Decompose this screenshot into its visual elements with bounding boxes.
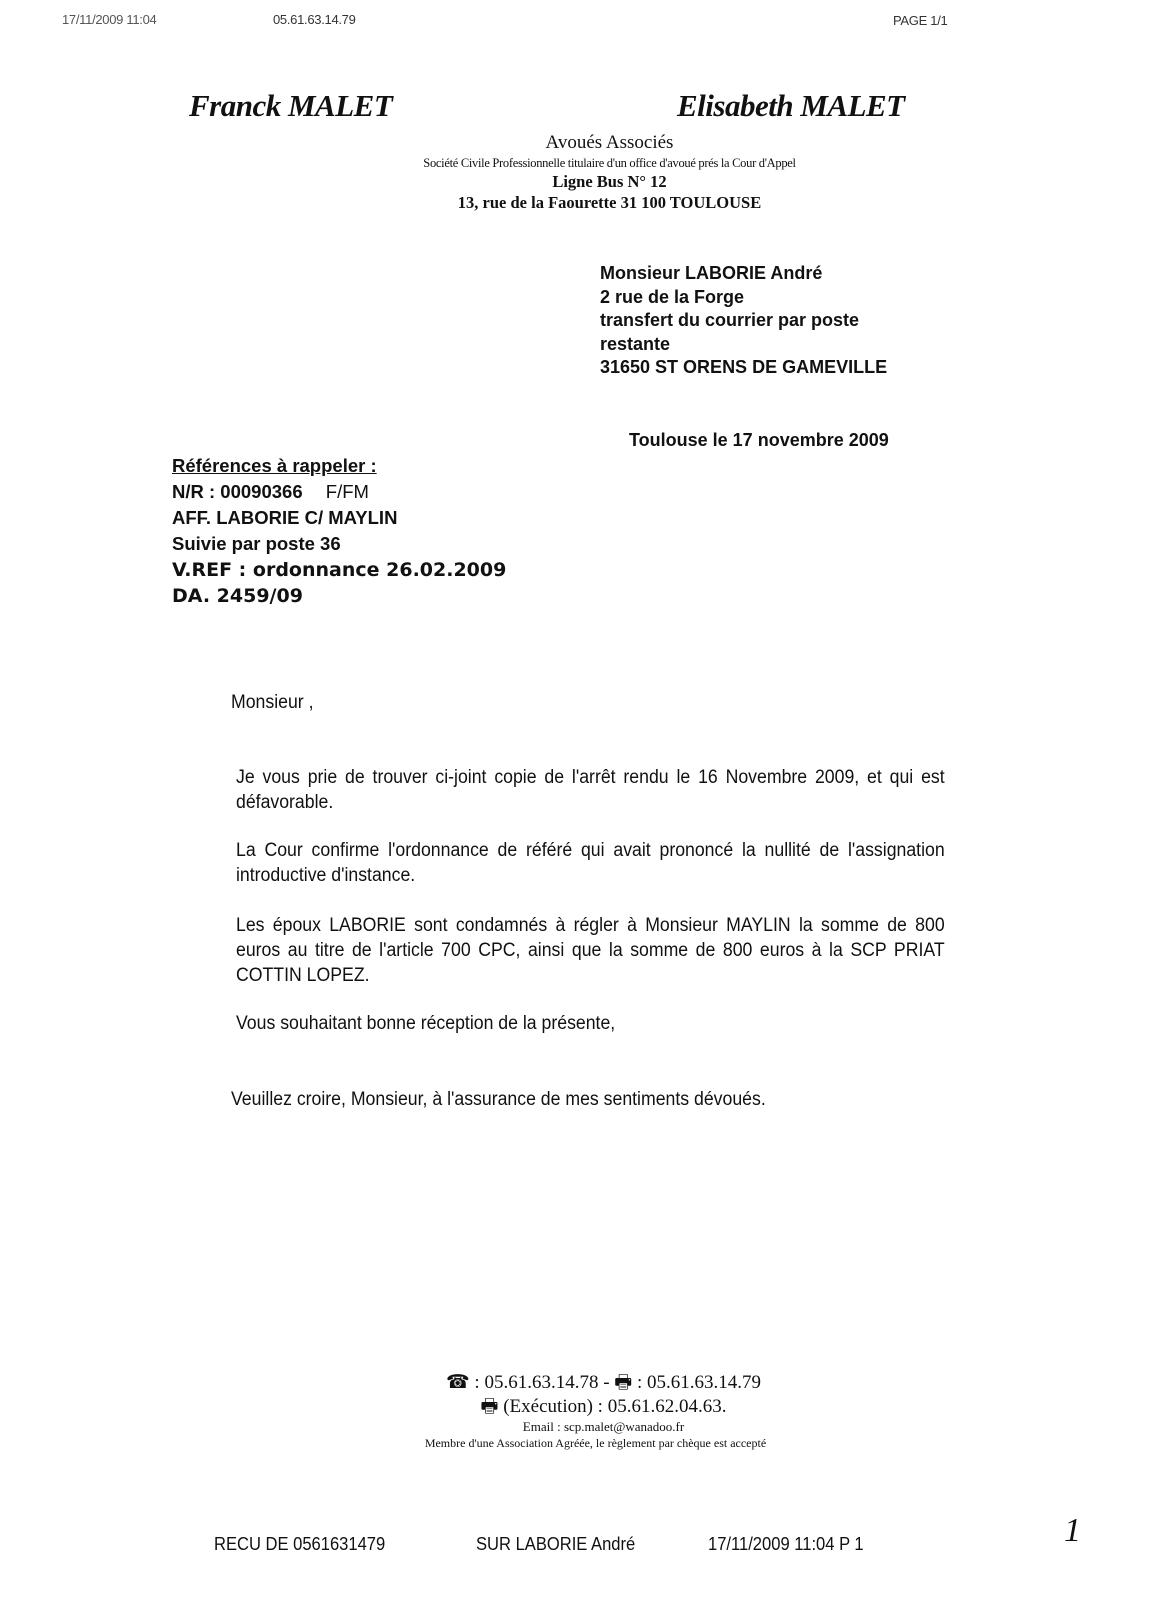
references-our-ref: N/R : 00090366 F/FM <box>172 479 506 505</box>
fax-number: : 05.61.63.14.79 <box>637 1372 761 1393</box>
letterhead-bus-line: Ligne Bus N° 12 <box>0 172 1167 192</box>
references-your-ref: V.REF : ordonnance 26.02.2009 <box>172 557 506 583</box>
our-ref-suffix: F/FM <box>326 481 369 502</box>
fax-receipt-datetime: 17/11/2009 11:04 P 1 <box>708 1534 864 1555</box>
fax-header-page: PAGE 1/1 <box>893 13 947 28</box>
phone-number: : 05.61.63.14.78 - <box>474 1372 609 1393</box>
letterhead-name-left: Franck MALET <box>189 88 392 124</box>
our-ref-number: N/R : 00090366 <box>172 481 303 502</box>
paragraph-1: Je vous prie de trouver ci-joint copie d… <box>236 765 945 815</box>
execution-fax-number: (Exécution) : 05.61.62.04.63. <box>503 1396 726 1417</box>
letterhead-name-right: Elisabeth MALET <box>677 88 905 124</box>
references-heading: Références à rappeler : <box>172 453 506 479</box>
recipient-city: 31650 ST ORENS DE GAMEVILLE <box>600 356 887 380</box>
salutation: Monsieur , <box>231 690 313 715</box>
fax-receipt-on: SUR LABORIE André <box>476 1534 635 1555</box>
letterhead-address: 13, rue de la Faourette 31 100 TOULOUSE <box>0 193 1167 213</box>
letterhead-title: Avoués Associés <box>0 132 1167 154</box>
telephone-icon: ☎ <box>446 1372 470 1393</box>
recipient-name: Monsieur LABORIE André <box>600 262 887 286</box>
references-da: DA. 2459/09 <box>172 583 506 609</box>
recipient-forwarding: transfert du courrier par poste <box>600 309 887 333</box>
handwritten-page-number: 1 <box>1064 1512 1081 1550</box>
fax-receipt-from: RECU DE 0561631479 <box>214 1534 385 1555</box>
references-suivie: Suivie par poste 36 <box>172 531 506 557</box>
paragraph-4: Vous souhaitant bonne réception de la pr… <box>236 1011 945 1036</box>
fax-header-datetime: 17/11/2009 11:04 <box>62 12 156 27</box>
letterhead-subtitle: Société Civile Professionnelle titulaire… <box>0 156 1167 171</box>
recipient-forwarding-cont: restante <box>600 333 887 357</box>
recipient-address: Monsieur LABORIE André 2 rue de la Forge… <box>600 262 887 380</box>
contact-email: Email : scp.malet@wanadoo.fr <box>0 1419 1167 1435</box>
recipient-street: 2 rue de la Forge <box>600 286 887 310</box>
paragraph-2: La Cour confirme l'ordonnance de référé … <box>236 838 945 888</box>
fax-icon: 🖶 <box>614 1372 632 1393</box>
references-affaire: AFF. LABORIE C/ MAYLIN <box>172 505 506 531</box>
fax-icon: 🖶 <box>481 1396 499 1417</box>
membership-notice: Membre d'une Association Agréée, le règl… <box>0 1436 1167 1451</box>
paragraph-3: Les époux LABORIE sont condamnés à régle… <box>236 913 945 988</box>
place-date: Toulouse le 17 novembre 2009 <box>629 430 889 451</box>
references-block: Références à rappeler : N/R : 00090366 F… <box>172 453 506 609</box>
fax-header-number: 05.61.63.14.79 <box>273 12 356 27</box>
closing-formula: Veuillez croire, Monsieur, à l'assurance… <box>231 1087 766 1112</box>
